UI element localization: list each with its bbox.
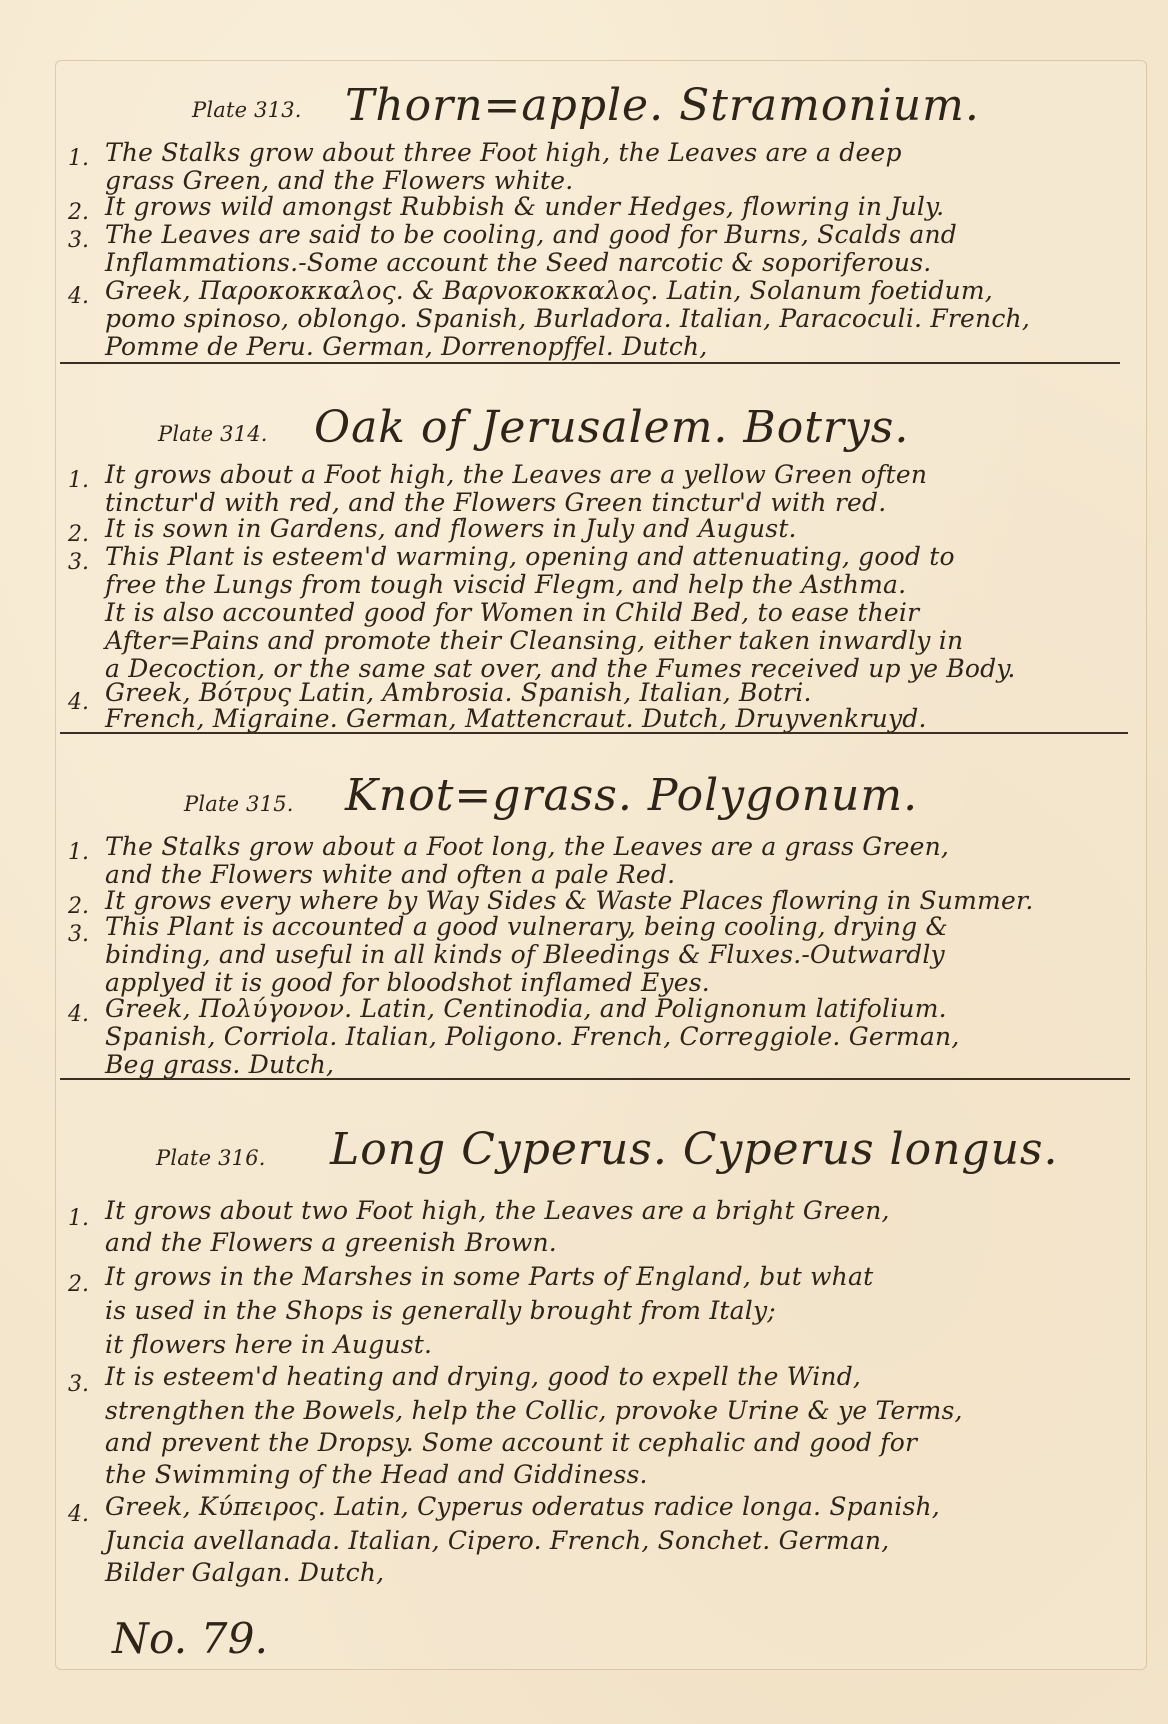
plate-label: Plate 314.	[158, 422, 268, 446]
text-line: This Plant is accounted a good vulnerary…	[105, 912, 948, 941]
item-number: 3.	[68, 550, 89, 575]
text-line: Greek, Παρoκoκκαλος. & Βαρvoκoκκαλος. La…	[105, 276, 993, 305]
text-line: Pomme de Peru. German, Dorrenopffel. Dut…	[105, 332, 708, 361]
section-divider	[60, 1078, 1130, 1080]
item-number: 4.	[68, 1502, 89, 1527]
item-number: 2.	[68, 894, 89, 919]
text-line: Inflammations.-Some account the Seed nar…	[105, 248, 931, 277]
section-divider	[60, 732, 1128, 734]
item-number: 3.	[68, 922, 89, 947]
text-line: After=Pains and promote their Cleansing,…	[105, 626, 963, 655]
text-line: French, Migraine. German, Mattencraut. D…	[105, 704, 927, 733]
text-line: pomo spinoso, oblongo. Spanish, Burlador…	[105, 304, 1030, 333]
text-line: It grows wild amongst Rubbish & under He…	[105, 192, 944, 221]
text-line: free the Lungs from tough viscid Flegm, …	[105, 570, 906, 599]
plate-label: Plate 313.	[192, 98, 302, 122]
text-line: It grows about two Foot high, the Leaves…	[105, 1196, 890, 1225]
item-number: 2.	[68, 522, 89, 547]
text-line: Greek, Βότρυς Latin, Ambrosia. Spanish, …	[105, 678, 812, 707]
item-number: 3.	[68, 1372, 89, 1397]
text-line: and prevent the Dropsy. Some account it …	[105, 1428, 917, 1457]
plate-label: Plate 316.	[156, 1146, 266, 1170]
item-number: 4.	[68, 690, 89, 715]
text-line: strengthen the Bowels, help the Collic, …	[105, 1396, 963, 1425]
text-line: It grows in the Marshes in some Parts of…	[105, 1262, 873, 1291]
plate-title: Long Cyperus. Cyperus longus.	[330, 1124, 1059, 1175]
folio-number: No. 79.	[112, 1614, 268, 1663]
text-line: Beg grass. Dutch,	[105, 1050, 334, 1079]
item-number: 2.	[68, 200, 89, 225]
text-line: It is sown in Gardens, and flowers in Ju…	[105, 514, 797, 543]
plate-title: Oak of Jerusalem. Botrys.	[314, 402, 909, 453]
text-line: Spanish, Corriola. Italian, Poligono. Fr…	[105, 1022, 959, 1051]
item-number: 2.	[68, 1272, 89, 1297]
plate-title: Thorn=apple. Stramonium.	[345, 80, 980, 131]
item-number: 1.	[68, 840, 89, 865]
text-line: and the Flowers white and often a pale R…	[105, 860, 675, 889]
item-number: 1.	[68, 1206, 89, 1231]
section-divider	[60, 362, 1120, 364]
text-line: binding, and useful in all kinds of Blee…	[105, 940, 945, 969]
text-line: it flowers here in August.	[105, 1330, 432, 1359]
item-number: 1.	[68, 468, 89, 493]
text-line: It is esteem'd heating and drying, good …	[105, 1362, 861, 1391]
text-line: the Swimming of the Head and Giddiness.	[105, 1460, 648, 1489]
text-line: It is also accounted good for Women in C…	[105, 598, 919, 627]
item-number: 4.	[68, 284, 89, 309]
text-line: The Stalks grow about three Foot high, t…	[105, 138, 902, 167]
text-line: Greek, Πολύγονον. Latin, Centinodia, and…	[105, 994, 947, 1023]
item-number: 1.	[68, 146, 89, 171]
text-line: is used in the Shops is generally brough…	[105, 1296, 776, 1325]
text-line: The Leaves are said to be cooling, and g…	[105, 220, 957, 249]
text-line: tinctur'd with red, and the Flowers Gree…	[105, 488, 886, 517]
plate-title: Knot=grass. Polygonum.	[345, 770, 918, 821]
text-line: and the Flowers a greenish Brown.	[105, 1228, 557, 1257]
text-line: applyed it is good for bloodshot inflame…	[105, 968, 710, 997]
text-line: It grows every where by Way Sides & Wast…	[105, 886, 1034, 915]
text-line: The Stalks grow about a Foot long, the L…	[105, 832, 949, 861]
text-line: This Plant is esteem'd warming, opening …	[105, 542, 955, 571]
text-line: It grows about a Foot high, the Leaves a…	[105, 460, 927, 489]
text-line: Greek, Κύπειρος. Latin, Cyperus oderatus…	[105, 1492, 940, 1521]
item-number: 4.	[68, 1002, 89, 1027]
text-line: Bilder Galgan. Dutch,	[105, 1558, 384, 1587]
plate-label: Plate 315.	[184, 792, 294, 816]
text-line: Juncia avellanada. Italian, Cipero. Fren…	[105, 1526, 889, 1555]
text-line: grass Green, and the Flowers white.	[105, 166, 573, 195]
item-number: 3.	[68, 228, 89, 253]
